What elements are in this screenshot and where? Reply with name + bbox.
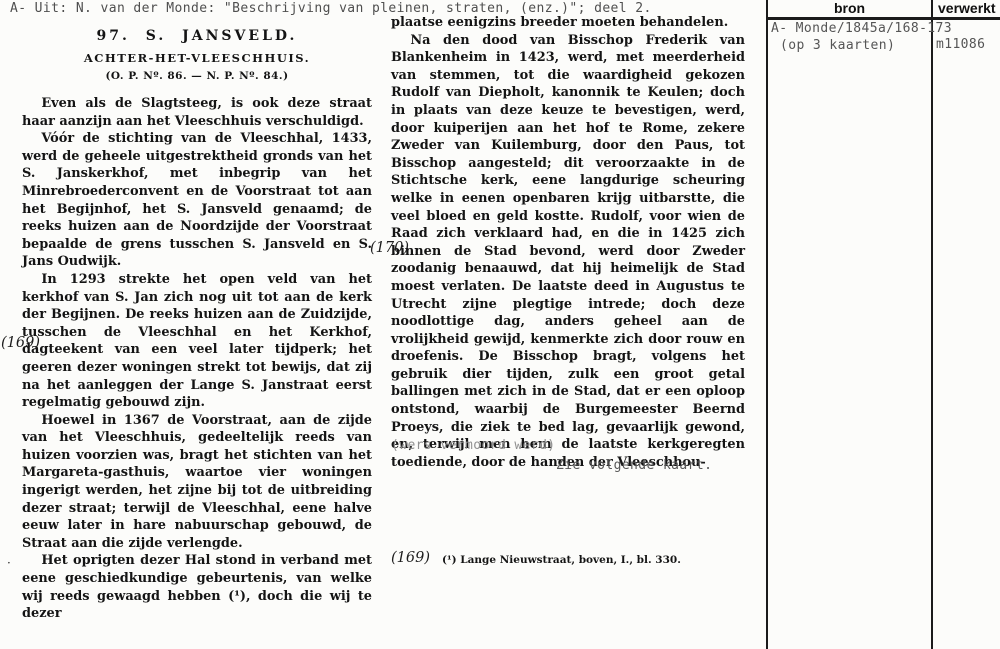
right-column-text: plaatse eenigzins breeder moeten behande… [391,14,745,471]
verwerkt-value: m11086 [936,37,985,54]
article-subtitle: ACHTER-HET-VLEESCHHUIS. [22,51,372,65]
article-title: 97. S. JANSVELD. [22,28,372,44]
scanned-document-page: A- Uit: N. van der Monde: "Beschrijving … [0,0,1000,649]
paragraph: plaatse eenigzins breeder moeten behande… [391,14,745,32]
paragraph: Na den dood van Bisschop Frederik van Bl… [391,32,745,472]
typed-continuation-note: (wers vermoord werd) [391,438,556,453]
bron-value-line-1: A- Monde/1845a/168-173 [771,21,952,38]
paragraph: Het oprigten dezer Hal stond in verband … [22,552,372,622]
left-column: 97. S. JANSVELD. ACHTER-HET-VLEESCHHUIS.… [22,28,372,623]
handwritten-margin-note-169: (169) [1,335,40,351]
right-column: plaatse eenigzins breeder moeten behande… [391,14,745,471]
handwritten-margin-note-170: (170) [370,240,409,256]
handwritten-footnote-marker-169: (169) [391,550,430,566]
article-reference: (O. P. Nº. 86. — N. P. Nº. 84.) [22,70,372,82]
footnote-text: (¹) Lange Nieuwstraat, boven, I., bl. 33… [430,550,681,566]
column-header-verwerkt: verwerkt [938,0,996,16]
table-header-rule [766,17,1000,20]
column-header-bron: bron [768,0,931,16]
paragraph: In 1293 strekte het open veld van het ke… [22,271,372,412]
left-column-text: Even als de Slagtsteeg, is ook deze stra… [22,95,372,623]
paragraph: Even als de Slagtsteeg, is ook deze stra… [22,95,372,130]
table-column-divider-rule [931,0,933,649]
bron-value: A- Monde/1845a/168-173 (op 3 kaarten) [771,21,952,54]
bron-value-line-2: (op 3 kaarten) [771,38,952,55]
margin-dot: · [7,556,11,570]
footnote-row: (169) (¹) Lange Nieuwstraat, boven, I., … [391,550,681,566]
paragraph: Vóór de stichting van de Vleeschhal, 143… [22,130,372,271]
typed-see-next-card-note: Zie volgende kaart. [556,458,712,473]
table-left-rule [766,0,768,649]
paragraph: Hoewel in 1367 de Voorstraat, aan de zij… [22,412,372,553]
